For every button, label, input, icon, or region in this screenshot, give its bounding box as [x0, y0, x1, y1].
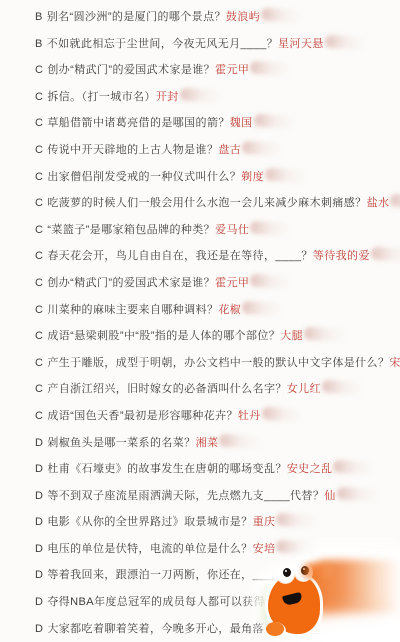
quiz-row: C成语“悬梁刺股”中“股”指的是人体的哪个部位？大腿	[35, 323, 400, 350]
answer-text: 盐水	[367, 197, 390, 209]
blur-smudge	[242, 141, 285, 157]
question-prefix: D	[35, 623, 43, 635]
question-prefix: D	[35, 516, 43, 528]
answer-text: 女儿红	[287, 383, 321, 395]
question-prefix: C	[35, 64, 43, 76]
question-text: 川菜种的麻味主要来自哪种调料？	[47, 304, 218, 316]
quiz-row: B不如就此相忘于尘世间，今夜无风无月____？星河天悬	[35, 31, 400, 58]
question-prefix: C	[35, 277, 43, 289]
mascot-left-eye	[277, 566, 294, 583]
question-text: 成语“悬梁刺股”中“股”指的是人体的哪个部位？	[47, 330, 280, 342]
blur-smudge	[179, 87, 222, 103]
answer-text: 牡丹	[238, 410, 261, 422]
quiz-row: C产自浙江绍兴，旧时嫁女的必备酒叫什么名字？女儿红	[35, 376, 400, 403]
question-prefix: D	[35, 490, 43, 502]
question-prefix: C	[35, 250, 43, 262]
blur-smudge	[250, 61, 293, 77]
question-text: 产生于雕版，成型于明朝，办公文档中一般的默认中文字体是什么？	[47, 357, 389, 369]
question-text: 吃菠萝的时候人们一般会用什么水泡一会儿来减少麻木刺痛感？	[47, 197, 366, 209]
answer-text: 大腿	[280, 330, 303, 342]
question-prefix: D	[35, 543, 43, 555]
question-prefix: C	[35, 304, 43, 316]
blur-smudge	[370, 247, 400, 263]
question-prefix: D	[35, 569, 43, 581]
answer-text: 重庆	[253, 516, 276, 528]
question-text: 剁椒鱼头是哪一菜系的名菜？	[47, 437, 195, 449]
blur-smudge	[276, 513, 319, 529]
quiz-row: C拆信。（打一城市名）开封	[35, 84, 400, 111]
quiz-row: D杜甫《石壕吏》的故事发生在唐朝的哪场变乱？安史之乱	[35, 456, 400, 483]
question-text: 出家僧侣削发受戒的一种仪式叫什么？	[47, 171, 241, 183]
question-prefix: C	[35, 117, 43, 129]
blur-smudge	[336, 486, 379, 502]
blur-smudge	[324, 34, 367, 50]
question-prefix: D	[35, 463, 43, 475]
blur-smudge	[261, 406, 304, 422]
blur-smudge	[250, 220, 293, 236]
answer-text: 等待我的爱	[313, 250, 370, 262]
question-prefix: C	[35, 197, 43, 209]
answer-text: 盘古	[218, 144, 241, 156]
question-text: 创办“精武门”的爱国武术家是谁？	[47, 64, 215, 76]
answer-text: 鼓浪屿	[226, 11, 260, 23]
answer-text: 爱马仕	[215, 224, 249, 236]
blur-smudge	[276, 539, 319, 555]
question-text: 传说中开天辟地的上古人物是谁？	[47, 144, 218, 156]
quiz-list: B别名“圆沙洲”的是厦门的哪个景点？鼓浪屿 B不如就此相忘于尘世间，今夜无风无月…	[35, 4, 400, 642]
quiz-row: C“菜篮子”是哪家箱包品牌的种类？爱马仕	[35, 217, 400, 244]
answer-text: 魏国	[230, 117, 253, 129]
quiz-row: C出家僧侣削发受戒的一种仪式叫什么？剃度	[35, 164, 400, 191]
blur-smudge	[333, 460, 376, 476]
answer-text: 湘菜	[196, 437, 219, 449]
question-text: 电压的单位是伏特，电流的单位是什么？	[47, 543, 252, 555]
answer-text: 星河天悬	[278, 38, 324, 50]
quiz-row: C创办“精武门”的爱国武术家是谁？霍元甲	[35, 270, 400, 297]
question-prefix: B	[35, 11, 43, 23]
quiz-row: C产生于雕版，成型于明朝，办公文档中一般的默认中文字体是什么？宋体	[35, 350, 400, 377]
question-text: 电影《从你的全世界路过》取景城市是？	[47, 516, 252, 528]
question-text: 产自浙江绍兴，旧时嫁女的必备酒叫什么名字？	[47, 383, 286, 395]
question-prefix: C	[35, 224, 43, 236]
answer-text: 剃度	[241, 171, 264, 183]
question-text: 杜甫《石壕吏》的故事发生在唐朝的哪场变乱？	[47, 463, 286, 475]
quiz-row: B别名“圆沙洲”的是厦门的哪个景点？鼓浪屿	[35, 4, 400, 31]
question-text: 别名“圆沙洲”的是厦门的哪个景点？	[47, 11, 226, 23]
quiz-row: D电影《从你的全世界路过》取景城市是？重庆	[35, 509, 400, 536]
blur-smudge	[250, 273, 293, 289]
question-text: “菜篮子”是哪家箱包品牌的种类？	[47, 224, 215, 236]
quiz-row: C春天花会开，鸟儿自由自在，我还是在等待，____？等待我的爱	[35, 243, 400, 270]
blur-smudge	[322, 380, 365, 396]
quiz-row: D剁椒鱼头是哪一菜系的名菜？湘菜	[35, 430, 400, 457]
mascot-eye-motion-blur	[302, 563, 332, 579]
quiz-row: C传说中开天辟地的上古人物是谁？盘古	[35, 137, 400, 164]
question-prefix: D	[35, 437, 43, 449]
question-prefix: C	[35, 383, 43, 395]
blur-smudge	[304, 327, 347, 343]
question-prefix: C	[35, 144, 43, 156]
question-text: 草船借箭中诸葛亮借的是哪国的箭？	[47, 117, 229, 129]
question-prefix: D	[35, 596, 43, 608]
question-prefix: C	[35, 91, 43, 103]
answer-text: 花椒	[218, 304, 241, 316]
blur-smudge	[261, 8, 304, 24]
quiz-row: C成语“国色天香”最初是形容哪种花卉？牡丹	[35, 403, 400, 430]
quiz-row: C创办“精武门”的爱国武术家是谁？霍元甲	[35, 57, 400, 84]
blur-smudge	[242, 300, 285, 316]
question-text: 春天花会开，鸟儿自由自在，我还是在等待，____？	[47, 250, 312, 262]
question-text: 创办“精武门”的爱国武术家是谁？	[47, 277, 215, 289]
blur-smudge	[390, 194, 400, 210]
blur-smudge	[253, 114, 296, 130]
quiz-row: D等不到双子座流星雨洒满天际，先点燃九支____代替？仙	[35, 483, 400, 510]
answer-text: 开封	[156, 91, 179, 103]
mascot-left-pupil	[283, 568, 291, 577]
question-prefix: B	[35, 38, 43, 50]
blur-smudge	[265, 167, 308, 183]
quiz-row: C吃菠萝的时候人们一般会用什么水泡一会儿来减少麻木刺痛感？盐水	[35, 190, 400, 217]
question-prefix: C	[35, 410, 43, 422]
question-prefix: C	[35, 171, 43, 183]
answer-text: 宋体	[389, 357, 400, 369]
question-text: 成语“国色天香”最初是形容哪种花卉？	[47, 410, 238, 422]
quiz-row: C草船借箭中诸葛亮借的是哪国的箭？魏国	[35, 110, 400, 137]
answer-text: 安培	[253, 543, 276, 555]
answer-text: 安史之乱	[287, 463, 333, 475]
quiz-article-page: B别名“圆沙洲”的是厦门的哪个景点？鼓浪屿 B不如就此相忘于尘世间，今夜无风无月…	[0, 0, 400, 642]
mascot-foot	[266, 622, 284, 636]
question-text: 拆信。（打一城市名）	[47, 91, 156, 103]
blur-smudge	[219, 433, 262, 449]
question-prefix: C	[35, 330, 43, 342]
question-prefix: C	[35, 357, 43, 369]
question-text: 等不到双子座流星雨洒满天际，先点燃九支____代替？	[47, 490, 324, 502]
answer-text: 霍元甲	[215, 277, 249, 289]
answer-text: 霍元甲	[215, 64, 249, 76]
question-text: 不如就此相忘于尘世间，今夜无风无月____？	[47, 38, 278, 50]
quiz-row: C川菜种的麻味主要来自哪种调料？花椒	[35, 297, 400, 324]
answer-text: 仙	[324, 490, 335, 502]
